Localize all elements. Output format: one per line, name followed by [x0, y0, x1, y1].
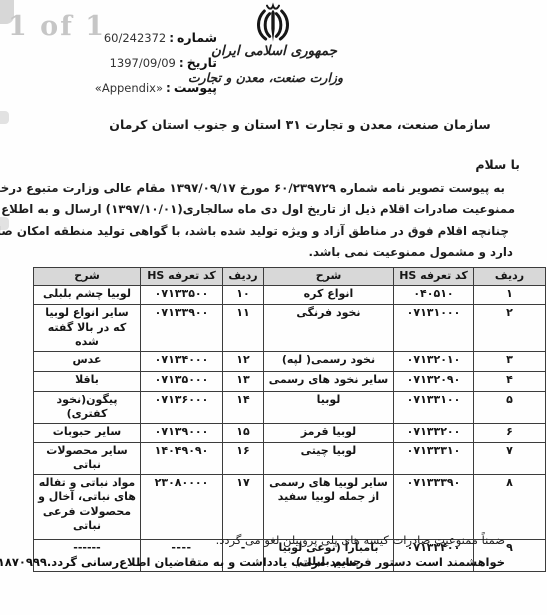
- body-line: به پیوست تصویر نامه شماره ۶۰/۲۳۹۷۲۹ مورخ…: [0, 181, 505, 195]
- salutation: با سلام: [475, 157, 520, 172]
- body-line: ممنوعیت صادرات اقلام ذیل از تاریخ اول دی…: [0, 202, 515, 216]
- letter-attachment-row: پیوست:«Appendix»: [95, 77, 217, 102]
- hs-code: ۰۷۱۳۳۲۰۰: [394, 423, 474, 442]
- date-value: 1397/09/09: [110, 56, 176, 70]
- table-row: ۳ ۰۷۱۳۲۰۱۰ نخود رسمی( لپه) ۱۲ ۰۷۱۳۴۰۰۰ ع…: [34, 351, 546, 371]
- row-no: ۱۳: [223, 371, 264, 391]
- hs-code: ۰۷۱۳۲۰۹۰: [394, 371, 474, 391]
- row-no: ۸: [474, 474, 546, 539]
- hs-code: ۰۷۱۳۳۱۰۰: [394, 391, 474, 423]
- separator: :: [176, 56, 187, 70]
- item-desc: لوبیا چشم بلبلی: [34, 286, 141, 305]
- col-header-hs-code: کد تعرفه HS: [141, 268, 223, 286]
- row-no: ۵: [474, 391, 546, 423]
- footer-cancellation-note: ضمناً ممنوعیت صادرات کیسه های پلی پروپیل…: [216, 533, 505, 547]
- item-desc: باقلا: [34, 371, 141, 391]
- row-no: ۷: [474, 442, 546, 474]
- row-no: ۱۴: [223, 391, 264, 423]
- scan-artifact: [0, 111, 9, 124]
- number-value: 60/242372: [104, 31, 166, 45]
- table-row: ۲ ۰۷۱۳۱۰۰۰ نخود فرنگی ۱۱ ۰۷۱۳۳۹۰۰ سایر ا…: [34, 305, 546, 352]
- recipient-title: سازمان صنعت، معدن و تجارت ۳۱ استان و جنو…: [100, 117, 500, 132]
- row-no: ۱۶: [223, 442, 264, 474]
- attachment-value: «Appendix»: [95, 81, 163, 95]
- table-header-row: ردیف کد تعرفه HS شرح ردیف کد تعرفه HS شر…: [34, 268, 546, 286]
- item-desc: مواد نباتی و تفاله های نباتی، آخال و محص…: [34, 474, 141, 539]
- item-desc: سایر نخود های رسمی: [264, 371, 394, 391]
- letter-meta: شماره:60/242372 تاریخ:1397/09/09 پیوست:«…: [95, 27, 217, 102]
- hs-code: ۰۷۱۳۳۳۹۰: [394, 474, 474, 539]
- row-no: ۱: [474, 286, 546, 305]
- row-no: ۴: [474, 371, 546, 391]
- row-no: ۱۰: [223, 286, 264, 305]
- item-desc: سایر انواع لوبیا که در بالا گفته شده: [34, 305, 141, 352]
- item-desc: نخود رسمی( لپه): [264, 351, 394, 371]
- table-row: ۱ ۰۴۰۵۱۰ انواع کره ۱۰ ۰۷۱۳۳۵۰۰ لوبیا چشم…: [34, 286, 546, 305]
- item-desc: عدس: [34, 351, 141, 371]
- hs-code: ۰۷۱۳۵۰۰۰: [141, 371, 223, 391]
- item-desc: انواع کره: [264, 286, 394, 305]
- item-desc: پیگون(نخود کفتری): [34, 391, 141, 423]
- col-header-desc: شرح: [34, 268, 141, 286]
- row-no: ۱۷: [223, 474, 264, 539]
- hs-code: ۲۳۰۸۰۰۰۰: [141, 474, 223, 539]
- hs-code: ۰۷۱۳۳۵۰۰: [141, 286, 223, 305]
- hs-code: ۰۷۱۳۱۰۰۰: [394, 305, 474, 352]
- item-desc: نخود فرنگی: [264, 305, 394, 352]
- number-label: شماره: [177, 30, 217, 45]
- hs-code: ۰۴۰۵۱۰: [394, 286, 474, 305]
- body-line: چنانچه اقلام فوق در مناطق آزاد و ویژه تو…: [0, 224, 509, 238]
- hs-code: ۰۷۱۳۳۳۱۰: [394, 442, 474, 474]
- export-ban-table: ردیف کد تعرفه HS شرح ردیف کد تعرفه HS شر…: [33, 267, 546, 572]
- row-no: ۱۵: [223, 423, 264, 442]
- hs-code: ۰۷۱۳۲۰۱۰: [394, 351, 474, 371]
- row-no: ۱۱: [223, 305, 264, 352]
- iran-coat-of-arms-icon: [253, 1, 293, 49]
- table-row: ۸ ۰۷۱۳۳۳۹۰ سایر لوبیا های رسمی از جمله ل…: [34, 474, 546, 539]
- hs-code: ۰۷۱۳۳۹۰۰: [141, 305, 223, 352]
- date-label: تاریخ: [187, 55, 217, 70]
- page-count-watermark: 1 of 1: [8, 11, 106, 42]
- hs-code: ۰۷۱۳۴۰۰۰: [141, 351, 223, 371]
- item-desc: سایر حبوبات: [34, 423, 141, 442]
- item-desc: سایر لوبیا های رسمی از جمله لوبیا سفید: [264, 474, 394, 539]
- item-desc: سایر محصولات نباتی: [34, 442, 141, 474]
- table-row: ۵ ۰۷۱۳۳۱۰۰ لوبیا ۱۴ ۰۷۱۳۶۰۰۰ پیگون(نخود …: [34, 391, 546, 423]
- row-no: ۱۲: [223, 351, 264, 371]
- col-header-hs-code: کد تعرفه HS: [394, 268, 474, 286]
- footer-reference-number: ۱۸۷۰۹۹۹: [0, 555, 47, 569]
- row-no: ۲: [474, 305, 546, 352]
- row-no: ۳: [474, 351, 546, 371]
- table-row: ۴ ۰۷۱۳۲۰۹۰ سایر نخود های رسمی ۱۳ ۰۷۱۳۵۰۰…: [34, 371, 546, 391]
- col-header-desc: شرح: [264, 268, 394, 286]
- letter-number-row: شماره:60/242372: [95, 27, 217, 52]
- col-header-row-no: ردیف: [223, 268, 264, 286]
- table-row: ۶ ۰۷۱۳۳۲۰۰ لوبیا قرمز ۱۵ ۰۷۱۳۹۰۰۰ سایر ح…: [34, 423, 546, 442]
- scanned-letter-page: 1 of 1 شماره:60/242372 تاریخ:1397/09/09 …: [0, 0, 547, 615]
- row-no: ۶: [474, 423, 546, 442]
- letterhead-country: جمهوری اسلامی ایران: [199, 43, 349, 59]
- attachment-label: پیوست: [174, 80, 217, 95]
- footer-request-line: خواهشمند است دستور فرمایید مراتب یادداشت…: [0, 555, 505, 569]
- body-line: دارد و مشمول ممنوعیت نمی باشد.: [309, 245, 513, 259]
- item-desc: لوبیا قرمز: [264, 423, 394, 442]
- separator: :: [163, 81, 174, 95]
- hs-code: ۰۷۱۳۹۰۰۰: [141, 423, 223, 442]
- table-row: ۷ ۰۷۱۳۳۳۱۰ لوبیا چیتی ۱۶ ۱۴۰۴۹۰۹۰ سایر م…: [34, 442, 546, 474]
- hs-code: ۱۴۰۴۹۰۹۰: [141, 442, 223, 474]
- footer-request-text: خواهشمند است دستور فرمایید مراتب یادداشت…: [47, 555, 505, 569]
- item-desc: لوبیا چیتی: [264, 442, 394, 474]
- col-header-row-no: ردیف: [474, 268, 546, 286]
- hs-code: ۰۷۱۳۶۰۰۰: [141, 391, 223, 423]
- item-desc: لوبیا: [264, 391, 394, 423]
- separator: :: [166, 31, 177, 45]
- letter-date-row: تاریخ:1397/09/09: [95, 52, 217, 77]
